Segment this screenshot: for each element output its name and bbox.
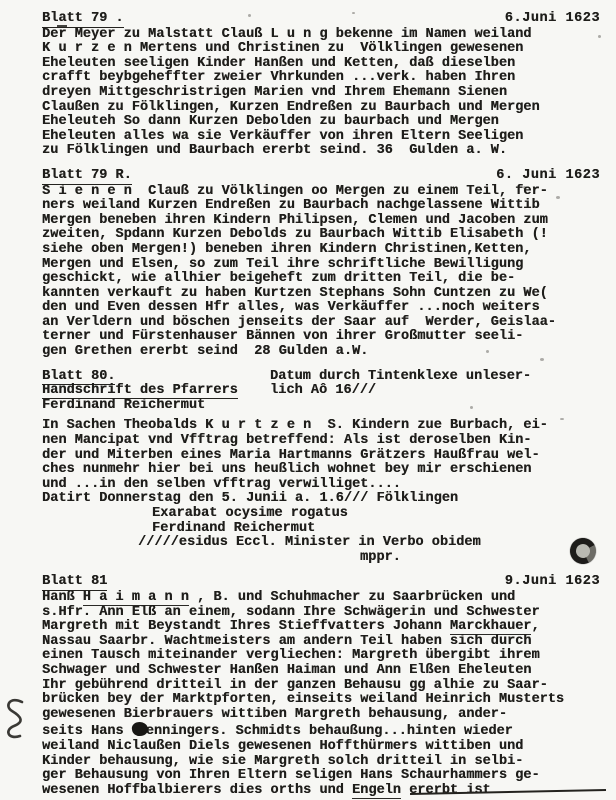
text-line: ches nunmehr hier bei uns heußlich wohne… <box>42 463 600 478</box>
text-line: Handschrift des Pfarrers <box>42 384 270 399</box>
text-line: zu Fölklingen und Baurbach ererbt seind.… <box>42 144 600 159</box>
blatt-81-heading: Blatt 81 <box>42 575 107 591</box>
text-line: s.Hfr. Ann Elß an einem, sodann Ihre Sch… <box>42 606 600 621</box>
text-line: Kinder behausung, wie sie Margreth solch… <box>42 755 600 770</box>
text-line: einen Tausch miteinander vergliechen: Ma… <box>42 649 600 664</box>
text-line: crafft beybgeheffter zweier Vhrkunden ..… <box>42 71 600 86</box>
entry-blatt-79: Blatt 79 . 6.Juni 1623 Der Meyer zu Mals… <box>42 12 600 159</box>
text-line: Schwager und Schwester Hanßen Haiman und… <box>42 664 600 679</box>
blatt-80-heading: Blatt 80. <box>42 369 115 385</box>
text-line: S i e n e n Clauß zu Völklingen oo Merge… <box>42 185 600 200</box>
text-line: brücken bey der Marktpforten, einseits w… <box>42 693 600 708</box>
text-line: Nassau Saarbr. Wachtmeisters am andern T… <box>42 635 600 650</box>
text-line: gewesenen Bierbrauers wittiben Margreth … <box>42 708 600 723</box>
hand-underlined-name: Marckhauer <box>450 619 532 635</box>
closing-line: /////esidus Eccl. Minister in Verbo obid… <box>138 536 600 551</box>
signature-line: Ferdinand Reichermut <box>152 522 600 537</box>
margin-handwriting-mark <box>0 692 30 748</box>
text-line: Blatt 80. <box>42 370 270 385</box>
text-line: und ...in den selben vfftrag verwilliget… <box>42 478 600 493</box>
text-line: Eheleuten seeligen Kinder Hanßen und Ket… <box>42 57 600 72</box>
blatt-80-author: Ferdinand Reichermut <box>42 399 270 414</box>
text-line: gen Grethen ererbt seind 28 Gulden a.W. <box>42 345 600 360</box>
text-line: an Verldern und böschen jenseits der Saa… <box>42 316 600 331</box>
text-line: Mergen und Elsen, so zum Teil ihre schri… <box>42 258 600 273</box>
text-line: weiland Niclaußen Diels gewesenen Hoffth… <box>42 740 600 755</box>
scanned-document-page: Blatt 79 . 6.Juni 1623 Der Meyer zu Mals… <box>0 0 616 800</box>
text-line: siehe oben Mergen!) beneben ihren Kinder… <box>42 243 600 258</box>
closing-line: Exarabat ocysime rogatus <box>152 507 600 522</box>
text-line: nen Mancipat vnd Vfftrag betreffend: Als… <box>42 434 600 449</box>
text-line: dreyen Mittgeschristrigen Marien vnd Ihr… <box>42 86 600 101</box>
blatt-80-date-note: Datum durch Tintenklexe unleser- <box>270 370 600 385</box>
text-line: ners weiland Kurzen Endreßen zu Baurbach… <box>42 199 600 214</box>
text-line: terner und Fürstenhauser Bännen von ihre… <box>42 330 600 345</box>
text-line: wesenen Hoffbalbierers dies orths und En… <box>42 784 600 799</box>
text-line: Margreth mit Beystandt Ihres Stieffvatte… <box>42 620 600 635</box>
blatt-79r-heading: Blatt 79 R. <box>42 169 132 185</box>
text-line: seits Hans enningers. Schmidts behaußung… <box>42 722 600 740</box>
text-line: Hanß H a i m a n n , B. und Schuhmacher … <box>42 591 600 606</box>
entry-blatt-80: Blatt 80. Handschrift des Pfarrers Ferdi… <box>42 370 600 566</box>
hand-underlined-name: Engeln <box>352 783 401 799</box>
text-line: Claußen zu Fölklingen, Kurzen Endreßen z… <box>42 101 600 116</box>
entry-blatt-81: Blatt 81 9.Juni 1623 Hanß H a i m a n n … <box>42 575 600 798</box>
text-line: Mergen beneben ihren Kindern Philipsen, … <box>42 214 600 229</box>
closing-line: mppr. <box>360 551 600 566</box>
text-line: Datirt Donnerstag den 5. Junii a. 1.6///… <box>42 492 600 507</box>
text-line: In Sachen Theobalds K u r t z e n S. Kin… <box>42 419 600 434</box>
entry-blatt-79r: Blatt 79 R. 6. Juni 1623 S i e n e n Cla… <box>42 169 600 360</box>
blatt-81-date: 9.Juni 1623 <box>505 575 600 590</box>
text-line: zweiten, Spdann Kurzen Debolds zu Baurba… <box>42 228 600 243</box>
blatt-80-subheading: Handschrift des Pfarrers <box>42 383 238 399</box>
text-line: kannten verkauft zu haben Kurtzen Stepha… <box>42 287 600 302</box>
blatt-79-date: 6.Juni 1623 <box>505 12 600 27</box>
scan-speck <box>248 14 251 17</box>
text-line: der und Miterben eines Maria Hartmanns G… <box>42 449 600 464</box>
blatt-79-heading: Blatt 79 . <box>42 12 124 28</box>
text-line: Der Meyer zu Malstatt Clauß L u n g beke… <box>42 28 600 43</box>
text-line: den und Even dessen Hfr alles, was Verkä… <box>42 301 600 316</box>
scan-speck <box>352 12 355 14</box>
text-line: Eheleuteh So dann Kurzen Debolden zu bau… <box>42 115 600 130</box>
text-line: Ihr gebührend dritteil in der ganzen Beh… <box>42 679 600 694</box>
blatt-80-date-note: lich Aô 16/// <box>270 384 600 399</box>
text-line: geschickt, wie allhier beigeheft zum dri… <box>42 272 600 287</box>
text-line: ger Behausung von Ihren Eltern seligen H… <box>42 769 600 784</box>
blatt-79r-date: 6. Juni 1623 <box>496 169 600 184</box>
scan-speck <box>470 406 473 409</box>
hand-underlined-name: H a i m a n n <box>83 590 189 606</box>
text-line: K u r z e n Mertens und Christinen zu Vö… <box>42 42 600 57</box>
text-line: Eheleuten alles wa sie Verkäuffer von ih… <box>42 130 600 145</box>
